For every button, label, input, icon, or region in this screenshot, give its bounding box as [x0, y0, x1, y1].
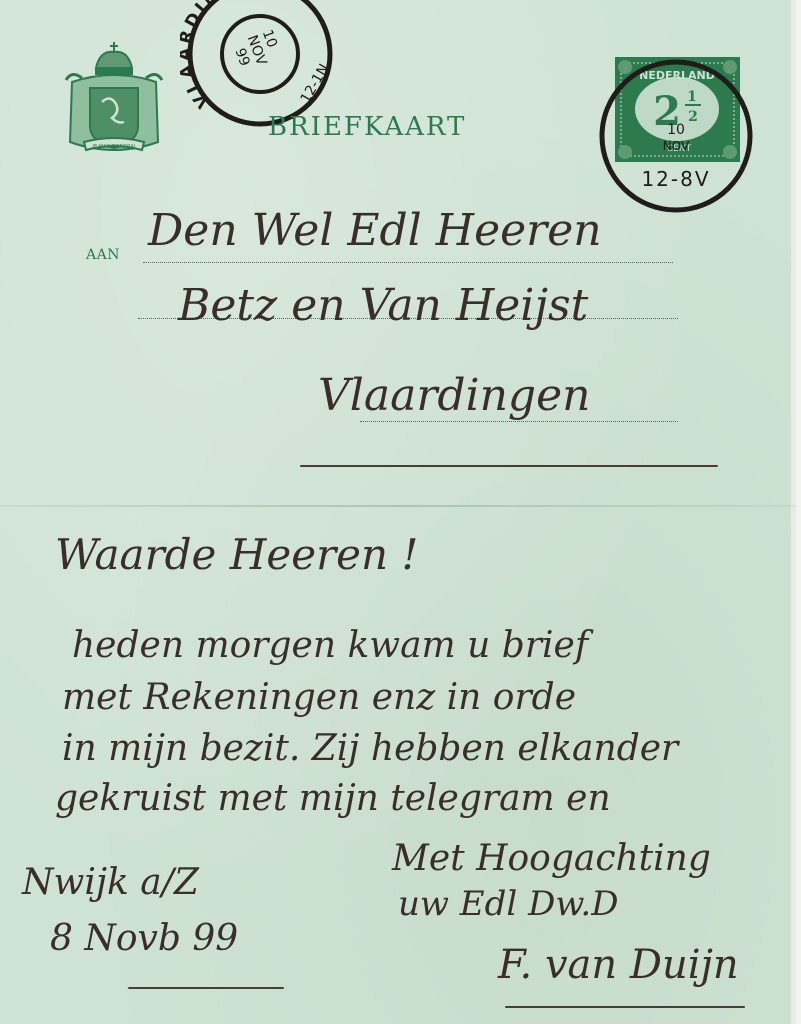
message-line-3: in mijn bezit. Zij hebben elkander: [62, 728, 678, 769]
message-line-4: gekruist met mijn telegram en: [55, 778, 611, 819]
message-line-1: heden morgen kwam u brief: [72, 625, 588, 666]
royal-coat-of-arms-icon: JE MAINTIENDRAI: [58, 38, 170, 166]
closing-line-2: uw Edl Dw.D: [398, 884, 618, 924]
card-title: BRIEFKAART: [268, 112, 466, 142]
address-dotted-line-3: [360, 421, 678, 422]
closing-line-1: Met Hoogachting: [392, 838, 711, 879]
address-underline: [300, 465, 718, 467]
signature-underline: [505, 1006, 745, 1008]
svg-text:12-8V: 12-8V: [641, 167, 710, 191]
svg-text:12-1N: 12-1N: [298, 61, 333, 106]
salutation: Waarde Heeren !: [55, 530, 418, 579]
postmark-vlaardingen: VLAARDINGEN 10 NOV 99 12-1N: [180, 0, 340, 128]
place-of-writing: Nwijk a/Z: [22, 862, 199, 903]
svg-text:10: 10: [667, 122, 685, 138]
fold-crease: [0, 505, 796, 507]
svg-text:NOV: NOV: [663, 139, 690, 153]
postcard: JE MAINTIENDRAI VLAARDINGEN 10 NOV 99 12…: [0, 0, 796, 1024]
postmark-cancel: 10 NOV 12-8V: [596, 56, 756, 216]
signature: F. van Duijn: [498, 942, 739, 988]
motto-text: JE MAINTIENDRAI: [92, 144, 136, 150]
address-dotted-line-1: [143, 262, 673, 263]
date-underline: [128, 987, 284, 989]
address-line-3: Vlaardingen: [318, 370, 590, 421]
date-of-writing: 8 Novb 99: [50, 918, 238, 959]
address-line-1: Den Wel Edl Heeren: [148, 205, 602, 256]
address-prefix: AAN: [86, 247, 120, 263]
card-edge: [791, 0, 796, 1024]
address-line-2: Betz en Van Heijst: [178, 280, 588, 331]
message-line-2: met Rekeningen enz in orde: [62, 677, 576, 718]
